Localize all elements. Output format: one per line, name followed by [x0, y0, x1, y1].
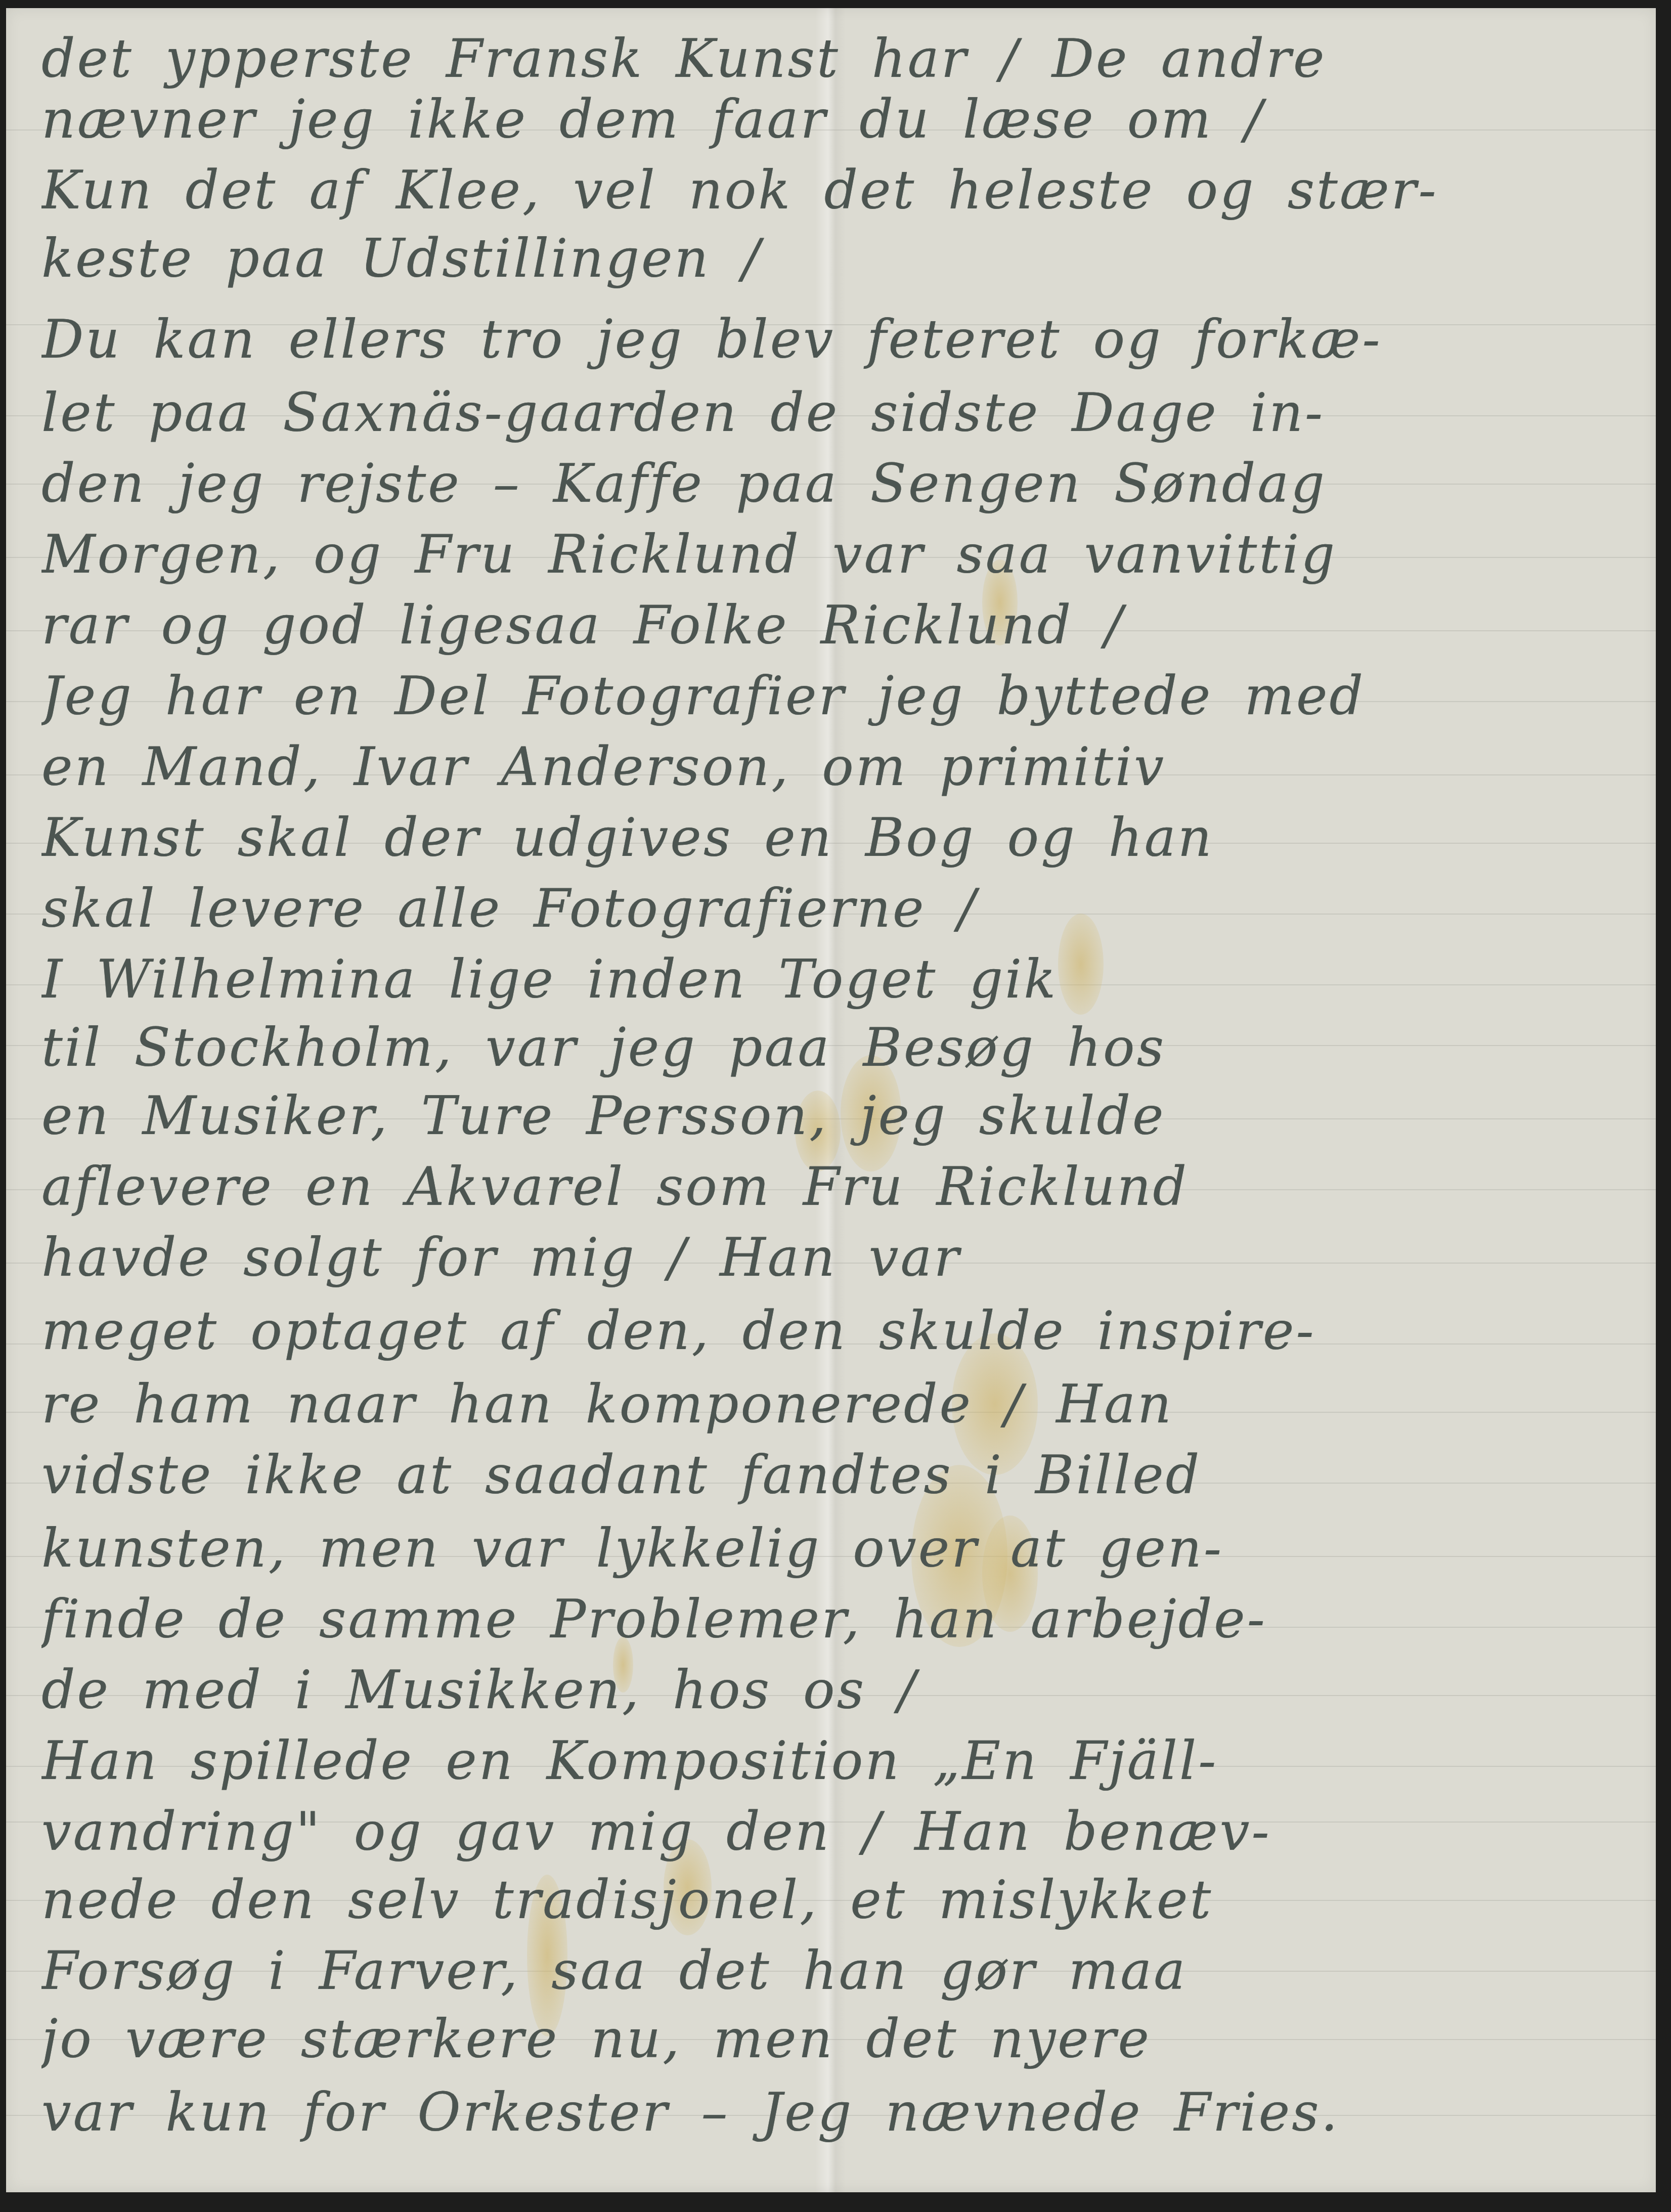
letter-line: I Wilhelmina lige inden Toget gik: [41, 944, 1625, 1015]
letter-line: re ham naar han komponerede / Han: [41, 1369, 1625, 1440]
letter-line: til Stockholm, var jeg paa Besøg hos: [41, 1012, 1625, 1083]
letter-line: jo være stærkere nu, men det nyere: [41, 2004, 1625, 2074]
letter-line: kunsten, men var lykkelig over at gen-: [41, 1513, 1625, 1584]
letter-line: Forsøg i Farver, saa det han gør maa: [41, 1935, 1625, 2006]
letter-line: Kun det af Klee, vel nok det heleste og …: [41, 155, 1625, 226]
letter-line: nede den selv tradisjonel, et mislykket: [41, 1864, 1625, 1935]
letter-line: en Mand, Ivar Anderson, om primitiv: [41, 731, 1625, 802]
letter-line: havde solgt for mig / Han var: [41, 1222, 1625, 1293]
letter-line: vandring" og gav mig den / Han benæv-: [41, 1796, 1625, 1867]
letter-line: den jeg rejste – Kaffe paa Sengen Søndag: [41, 448, 1625, 519]
letter-line: rar og god ligesaa Folke Ricklund /: [41, 590, 1625, 661]
letter-line: Han spillede en Komposition „En Fjäll-: [41, 1725, 1625, 1796]
letter-line: finde de samme Problemer, han arbejde-: [41, 1584, 1625, 1655]
letter-sheet: det ypperste Fransk Kunst har / De andre…: [6, 8, 1656, 2192]
letter-line: meget optaget af den, den skulde inspire…: [41, 1295, 1625, 1366]
letter-line: nævner jeg ikke dem faar du læse om /: [41, 84, 1625, 155]
letter-line: en Musiker, Ture Persson, jeg skulde: [41, 1080, 1625, 1151]
letter-line: let paa Saxnäs-gaarden de sidste Dage in…: [41, 377, 1625, 448]
letter-line: Kunst skal der udgives en Bog og han: [41, 802, 1625, 873]
letter-line: Du kan ellers tro jeg blev feteret og fo…: [41, 304, 1625, 375]
letter-line: det ypperste Fransk Kunst har / De andre: [41, 23, 1625, 94]
letter-line: keste paa Udstillingen /: [41, 223, 1625, 294]
letter-line: var kun for Orkester – Jeg nævnede Fries…: [41, 2077, 1625, 2148]
letter-line: vidste ikke at saadant fandtes i Billed: [41, 1440, 1625, 1510]
letter-line: aflevere en Akvarel som Fru Ricklund: [41, 1151, 1625, 1222]
letter-line: Jeg har en Del Fotografier jeg byttede m…: [41, 661, 1625, 731]
letter-body: det ypperste Fransk Kunst har / De andre…: [6, 8, 1656, 2192]
letter-line: skal levere alle Fotografierne /: [41, 873, 1625, 944]
letter-line: Morgen, og Fru Ricklund var saa vanvitti…: [41, 519, 1625, 590]
letter-line: de med i Musikken, hos os /: [41, 1655, 1625, 1725]
